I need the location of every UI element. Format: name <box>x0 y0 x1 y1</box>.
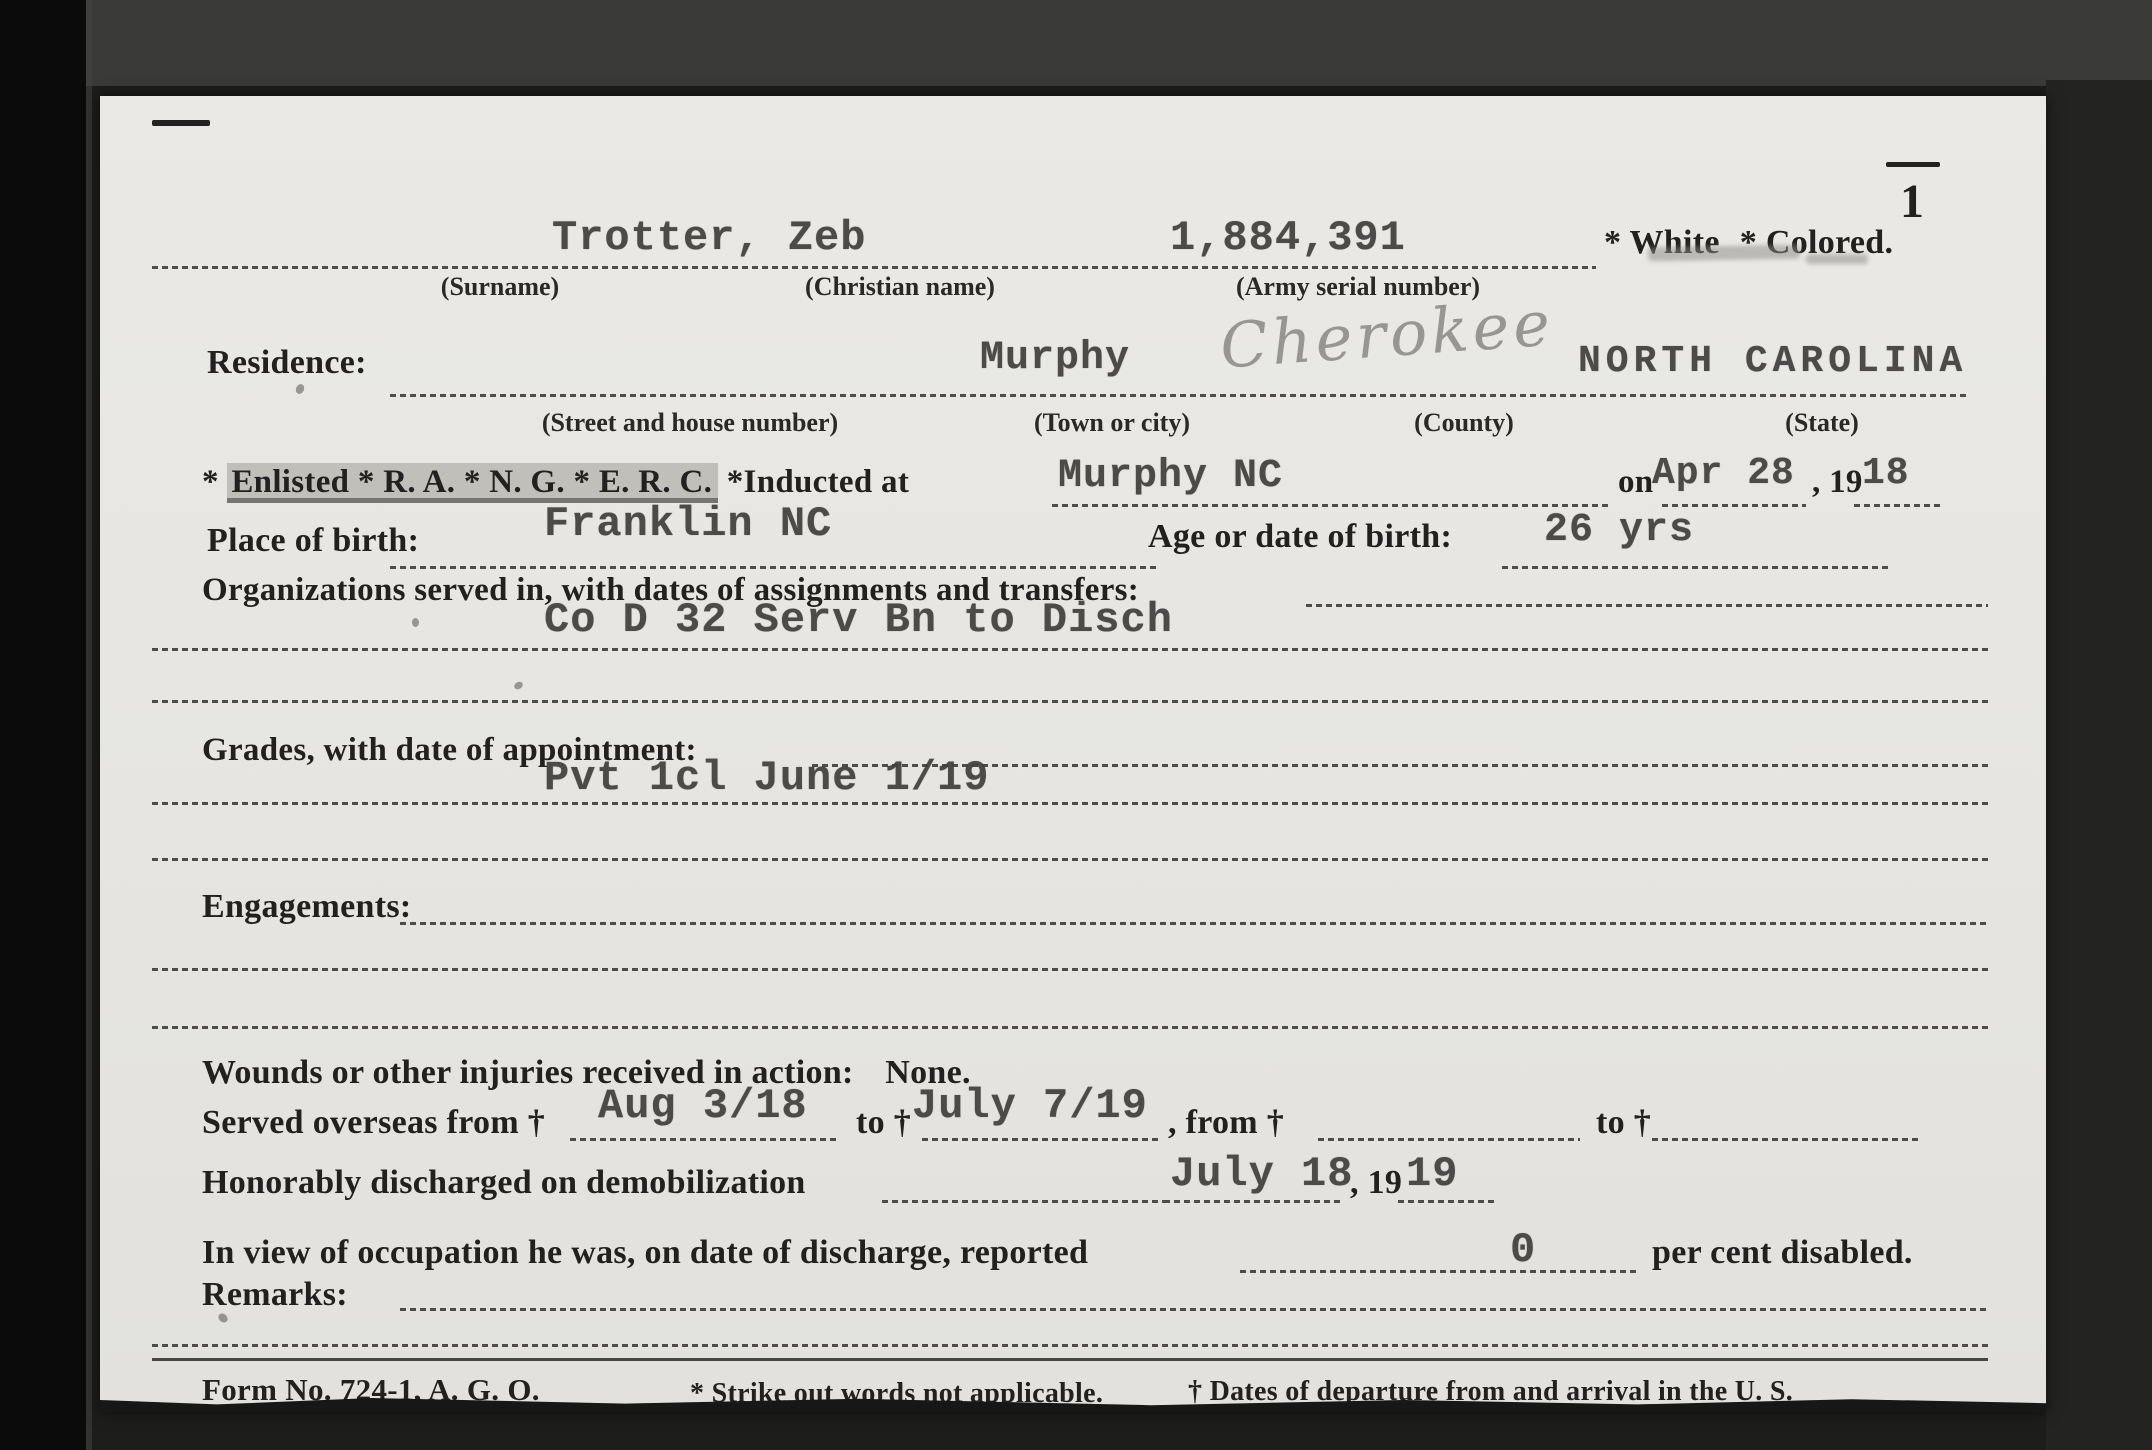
dotted-line <box>922 1138 1162 1141</box>
town-label: (Town or city) <box>992 408 1232 438</box>
dotted-line <box>1318 1138 1580 1141</box>
overseas-to2-label: to † <box>1596 1104 1651 1142</box>
scanner-right-area <box>2046 80 2152 1450</box>
dotted-line <box>1854 504 1940 507</box>
dotted-line <box>152 968 1988 971</box>
dotted-line <box>882 1200 1164 1203</box>
scanner-top-band <box>70 0 2152 86</box>
dotted-line <box>400 1308 1988 1311</box>
overseas-from1-value: Aug 3/18 <box>598 1082 808 1130</box>
serial-value: 1,884,391 <box>1170 214 1406 262</box>
dotted-line <box>152 700 1988 703</box>
dotted-line <box>1398 1200 1494 1203</box>
induction-date-value: Apr 28 <box>1652 452 1795 495</box>
enlistment-struck-options: Enlisted * R. A. * N. G. * E. R. C. <box>227 463 718 503</box>
pencil-strike-small <box>1806 254 1868 264</box>
footer-rule <box>152 1358 1988 1361</box>
discharge-label: Honorably discharged on demobilization <box>202 1164 806 1202</box>
on-label: on <box>1618 464 1653 501</box>
year-19-label: , 19 <box>1812 464 1863 501</box>
state-label: (State) <box>1722 408 1922 438</box>
overseas-to1-value: July 7/19 <box>912 1082 1148 1130</box>
place-of-birth-label: Place of birth: <box>207 522 419 560</box>
county-label: (County) <box>1364 408 1564 438</box>
age-value: 26 yrs <box>1544 508 1694 553</box>
grades-value: Pvt 1cl June 1/19 <box>544 754 989 802</box>
residence-label: Residence: <box>207 344 367 382</box>
overseas-from2-label: , from † <box>1168 1104 1284 1142</box>
record-card: 1 Trotter, Zeb 1,884,391 * White* Colore… <box>100 96 2046 1412</box>
page-number-overline <box>1886 162 1940 167</box>
enlistment-prefix: * <box>202 464 219 500</box>
dotted-line <box>1662 504 1806 507</box>
residence-town-value: Murphy <box>980 336 1130 381</box>
street-label: (Street and house number) <box>540 408 840 438</box>
dotted-line <box>152 1026 1988 1029</box>
scanned-page: { "page": { "number": "1" }, "header": {… <box>0 0 2152 1450</box>
dotted-line <box>1306 604 1988 607</box>
inducted-place-value: Murphy NC <box>1058 454 1283 499</box>
dotted-line <box>152 858 1988 861</box>
dotted-line <box>1052 504 1608 507</box>
age-label: Age or date of birth: <box>1148 518 1452 556</box>
paper-speck <box>294 383 305 395</box>
dotted-line <box>152 1344 1988 1347</box>
surname-value: Trotter, Zeb <box>552 214 866 262</box>
disability-value: 0 <box>1510 1226 1536 1274</box>
dotted-line <box>152 802 1988 805</box>
remarks-label: Remarks: <box>202 1276 348 1314</box>
engagements-label: Engagements: <box>202 888 411 926</box>
residence-state-value: NORTH CAROLINA <box>1578 340 1967 383</box>
dotted-line <box>152 266 1596 269</box>
dotted-line <box>400 922 1988 925</box>
discharge-date-value: July 18 <box>1170 1150 1353 1198</box>
disability-label: In view of occupation he was, on date of… <box>202 1234 1088 1272</box>
surname-label: (Surname) <box>400 272 600 302</box>
overseas-label: Served overseas from † <box>202 1104 545 1142</box>
overseas-to1-label: to † <box>856 1104 911 1142</box>
discharge-year-label: , 19 <box>1350 1164 1402 1202</box>
dotted-line <box>152 648 1988 651</box>
page-number: 1 <box>1900 174 1924 229</box>
enlistment-line: * Enlisted * R. A. * N. G. * E. R. C. *I… <box>202 464 909 501</box>
scanner-left-strip <box>0 0 86 1450</box>
dotted-line <box>1502 566 1892 569</box>
dotted-line <box>390 394 1970 397</box>
pencil-strike-white <box>1648 245 1800 262</box>
discharge-year-value: 19 <box>1406 1150 1458 1198</box>
induction-year-value: 18 <box>1862 452 1910 495</box>
dotted-line <box>570 1138 840 1141</box>
place-of-birth-value: Franklin NC <box>544 500 832 548</box>
corner-dash-left <box>152 120 210 126</box>
dotted-line <box>1164 1200 1344 1203</box>
dotted-line <box>390 566 1160 569</box>
paper-speck <box>513 680 524 691</box>
paper-speck <box>412 618 419 627</box>
dotted-line <box>1240 1270 1638 1273</box>
dotted-line <box>1652 1138 1922 1141</box>
disability-suffix: per cent disabled. <box>1652 1234 1913 1272</box>
scanner-left-edge <box>86 0 92 1450</box>
inducted-at-label: *Inducted at <box>727 464 909 500</box>
wounds-line: Wounds or other injuries received in act… <box>202 1054 971 1092</box>
christian-name-label: (Christian name) <box>780 272 1020 302</box>
organizations-value: Co D 32 Serv Bn to Disch <box>544 596 1173 644</box>
